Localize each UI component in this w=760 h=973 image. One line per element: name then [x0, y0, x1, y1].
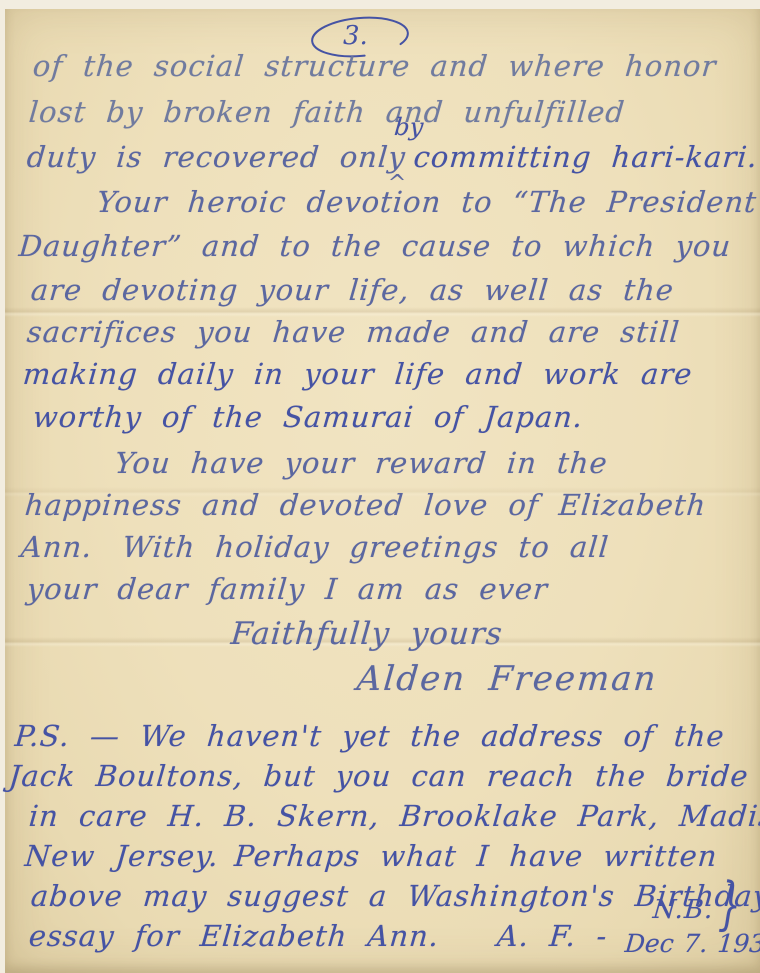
- letter-line: are devoting your life, as well as the: [30, 273, 676, 307]
- postscript-line: essay for Elizabeth Ann.A. F. -: [28, 919, 609, 953]
- postscript-line: P.S. — We haven't yet the address of the: [14, 719, 727, 753]
- letter-line: making daily in your life and work are: [22, 357, 695, 391]
- letter-line: Your heroic devotion to “The President's: [96, 185, 760, 219]
- letter-line: Ann. With holiday greetings to all: [20, 530, 611, 564]
- letter-line: sacrifices you have made and are still: [26, 315, 682, 349]
- letter-line: worthy of the Samurai of Japan.: [32, 400, 585, 434]
- postscript-line: in care H. B. Skern, Brooklake Park, Mad…: [28, 799, 760, 833]
- postscript-line: Jack Boultons, but you can reach the bri…: [8, 759, 751, 793]
- postscript-line: New Jersey. Perhaps what I have written: [24, 839, 720, 873]
- received-annotation-initials: N.B.: [652, 895, 715, 925]
- letter-line: Daughter” and to the cause to which you: [18, 229, 733, 263]
- inserted-word: by: [393, 113, 424, 141]
- letter-page: 3. of the social structure and where hon…: [5, 9, 760, 973]
- page-number-text: 3.: [343, 21, 368, 51]
- closing-line: Faithfully yours: [229, 616, 504, 652]
- letter-line: lost by broken faith and unfulfilled: [28, 95, 627, 129]
- letter-line-with-insertion: duty is recovered onlyby^committing hari…: [26, 140, 760, 174]
- scanned-letter-background: { "letter": { "page_number": "3.", "pape…: [0, 0, 760, 973]
- letter-line: You have your reward in the: [114, 446, 610, 480]
- letter-line: happiness and devoted love of Elizabeth: [24, 488, 708, 522]
- letter-line: your dear family I am as ever: [26, 572, 550, 606]
- postscript-line: above may suggest a Washington's Birthda…: [30, 879, 760, 913]
- signature-line: Alden Freeman: [355, 659, 659, 699]
- letter-line: of the social structure and where honor: [32, 49, 718, 83]
- sender-initials: A. F. -: [496, 919, 609, 953]
- received-annotation-date: Dec 7. 1931: [624, 929, 760, 958]
